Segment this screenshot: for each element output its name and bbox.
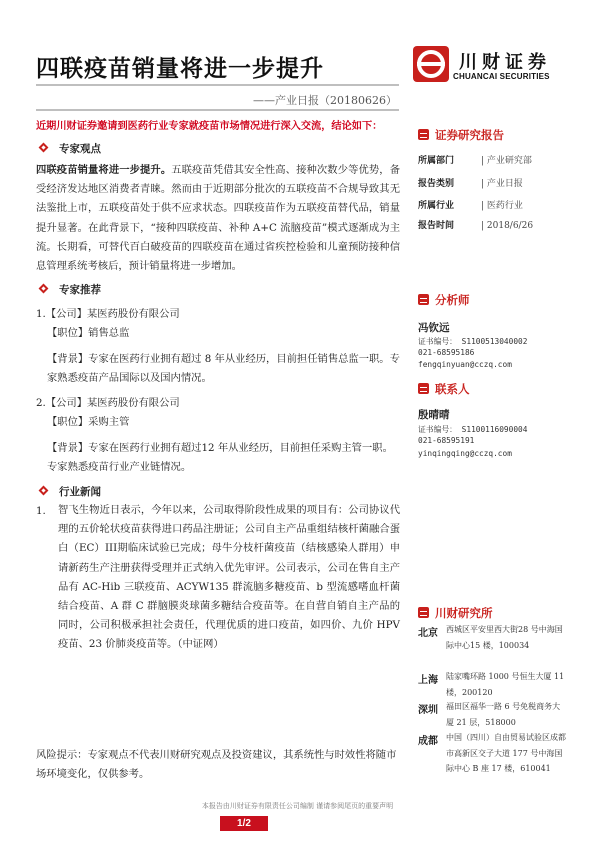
analyst-icon [418,294,429,305]
lead-summary: 近期川财证券邀请到医药行业专家就疫苗市场情况进行深入交流，结论如下： [36,117,382,132]
expert-view-lead: 四联疫苗销量将进一步提升。 [36,164,171,176]
office-city-chengdu: 成都 [418,732,438,747]
expert-1-company: 1.【公司】某医药股份有限公司 [36,305,180,320]
contact-name: 殷晴晴 [418,407,450,422]
office-address-shanghai: 陆家嘴环路 1000 号恒生大厦 11 楼，200120 [446,669,566,700]
office-city-shanghai: 上海 [418,671,438,686]
expert-2-background: 【背景】专家在医药行业拥有超过12 年从业经历，目前担任采购主管一职。专家熟悉疫… [47,439,400,477]
diamond-bullet-icon [39,143,49,153]
risk-warning: 风险提示：专家观点不代表川财研究观点及投资建议，其系统性与时效性将随市场环境变化… [36,746,400,784]
section-heading-expert-recommend: 专家推荐 [36,282,101,297]
meta-row-date: 报告时间| 2018/6/26 [418,218,533,231]
report-icon [418,129,429,140]
company-logo: 川财证券 CHUANCAI SECURITIES [413,46,577,90]
chuancai-logo-icon [413,46,449,82]
title-divider [36,84,399,86]
contact-icon [418,383,429,394]
expert-1-background: 【背景】专家在医药行业拥有超过 8 年从业经历，目前担任销售总监一职。专家熟悉疫… [47,350,400,388]
diamond-bullet-icon [39,486,49,496]
expert-2-company: 2.【公司】某医药股份有限公司 [36,394,180,409]
footer-disclaimer: 本报告由川财证券有限责任公司编制 谨请参阅尾页的重要声明 [0,801,595,811]
expert-2-position: 【职位】采购主管 [47,413,400,432]
contact-email[interactable]: yinqingqing@cczq.com [418,449,512,458]
sidebar-heading-analyst: 分析师 [418,292,470,308]
section-heading-industry-news: 行业新闻 [36,484,101,499]
meta-row-industry: 所属行业| 医药行业 [418,198,523,211]
office-city-beijing: 北京 [418,624,438,639]
logo-name-cn: 川财证券 [459,48,551,74]
office-address-beijing: 西城区平安里西大街28 号中海国际中心15 楼，100034 [446,622,566,653]
office-address-chengdu: 中国（四川）自由贸易试验区成都市高新区交子大道 177 号中海国际中心 B 座 … [446,730,566,777]
page-number: 1/2 [220,816,268,831]
sidebar-heading-report: 证券研究报告 [418,127,504,143]
contact-cert: 证书编号： S1100116090004 [418,424,527,435]
report-subtitle: ——产业日报（20180626） [253,92,397,108]
meta-row-department: 所属部门| 产业研究部 [418,153,532,166]
subtitle-divider [36,109,399,111]
institute-icon [418,607,429,618]
analyst-email[interactable]: fengqinyuan@cczq.com [418,360,512,369]
expert-view-paragraph: 四联疫苗销量将进一步提升。五联疫苗凭借其安全性高、接种次数少等优势，备受经济发达… [36,161,400,276]
report-title: 四联疫苗销量将进一步提升 [36,50,324,83]
sidebar-heading-institute: 川财研究所 [418,605,493,621]
news-item-text: 智飞生物近日表示，今年以来，公司取得阶段性成果的项目有：公司协议代理的五价轮状疫… [58,501,400,655]
office-city-shenzhen: 深圳 [418,701,438,716]
section-heading-expert-view: 专家观点 [36,141,101,156]
contact-phone: 021-68595191 [418,436,474,445]
news-item-number: 1. [36,505,46,517]
analyst-cert: 证书编号： S1100513040002 [418,336,527,347]
diamond-bullet-icon [39,284,49,294]
expert-1-position: 【职位】销售总监 [47,324,400,343]
expert-view-body: 五联疫苗凭借其安全性高、接种次数少等优势，备受经济发达地区消费者青睐。然而由于近… [36,164,400,272]
sidebar-heading-contact: 联系人 [418,381,470,397]
logo-name-en: CHUANCAI SECURITIES [453,72,550,81]
meta-row-category: 报告类别| 产业日报 [418,176,523,189]
office-address-shenzhen: 福田区福华一路 6 号免税商务大厦 21 层，518000 [446,699,566,730]
analyst-name: 冯钦远 [418,320,450,335]
analyst-phone: 021-68595186 [418,348,474,357]
